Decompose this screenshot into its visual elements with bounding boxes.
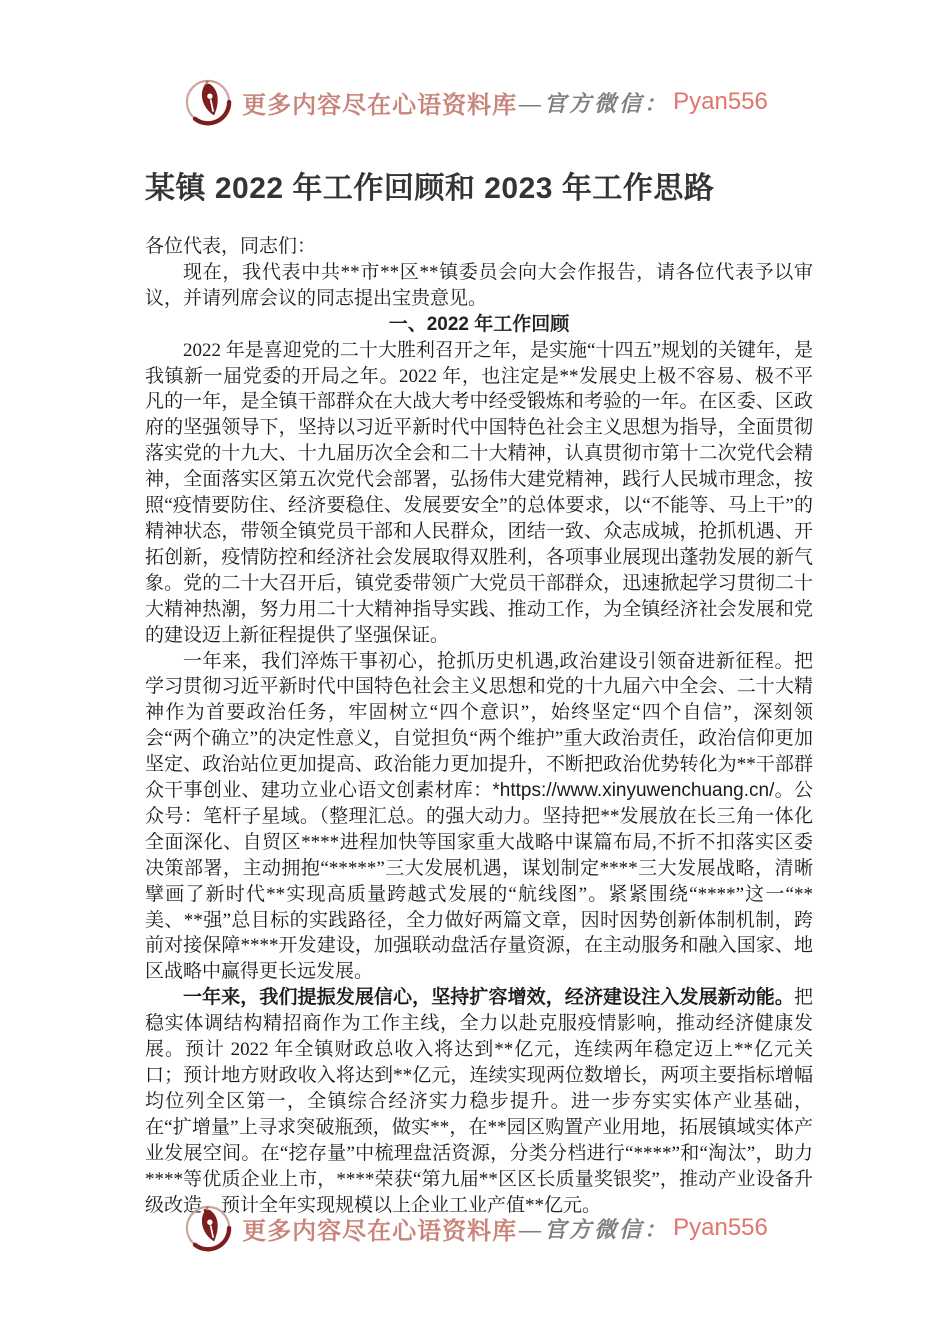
salutation-line: 各位代表，同志们： bbox=[145, 234, 813, 260]
footer-banner: 更多内容尽在心语资料库 —官方微信： Pyan556 bbox=[0, 1202, 950, 1254]
banner-wechat-label: —官方微信： bbox=[519, 87, 669, 118]
paragraph-year-review: 2022 年是喜迎党的二十大胜利召开之年，是实施“十四五”规划的关键年，是我镇新… bbox=[145, 338, 813, 649]
document-page: 更多内容尽在心语资料库 —官方微信： Pyan556 某镇 2022 年工作回顾… bbox=[0, 0, 950, 1344]
paragraph-political-text-2: 。公众号：笔杆子星域。（整理汇总。的强大动力。坚持把**发展放在长三角一体化全面… bbox=[145, 780, 813, 982]
banner-wechat-id: Pyan556 bbox=[673, 88, 768, 116]
banner-wechat-id: Pyan556 bbox=[673, 1214, 768, 1242]
section-heading: 一、2022 年工作回顾 bbox=[145, 312, 813, 338]
watermark-url-text: *https://www.xinyuwenchuang.cn/ bbox=[492, 780, 774, 801]
paragraph-economic-building: 一年来，我们提振发展信心，坚持扩容增效，经济建设注入发展新动能。把稳实体调结构精… bbox=[145, 985, 813, 1218]
pen-logo-icon bbox=[182, 1202, 234, 1254]
intro-paragraph: 现在，我代表中共**市**区**镇委员会向大会作报告，请各位代表予以审议，并请列… bbox=[145, 260, 813, 312]
paragraph-economic-text: 把稳实体调结构精招商作为工作主线，全力以赴克服疫情影响，推动经济健康发展。预计 … bbox=[145, 987, 813, 1215]
paragraph-economic-lead: 一年来，我们提振发展信心，坚持扩容增效，经济建设注入发展新动能。 bbox=[183, 987, 794, 1008]
banner-wechat-label: —官方微信： bbox=[519, 1213, 669, 1244]
banner-slogan: 更多内容尽在心语资料库 bbox=[242, 1211, 517, 1246]
document-body: 各位代表，同志们： 现在，我代表中共**市**区**镇委员会向大会作报告，请各位… bbox=[145, 234, 813, 1218]
pen-logo-icon bbox=[182, 76, 234, 128]
paragraph-political-building: 一年来，我们淬炼干事初心，抢抓历史机遇,政治建设引领奋进新征程。把学习贯彻习近平… bbox=[145, 649, 813, 986]
paragraph-political-text-1: 一年来，我们淬炼干事初心，抢抓历史机遇,政治建设引领奋进新征程。把学习贯彻习近平… bbox=[145, 651, 813, 802]
banner-slogan: 更多内容尽在心语资料库 bbox=[242, 85, 517, 120]
document-title: 某镇 2022 年工作回顾和 2023 年工作思路 bbox=[145, 166, 820, 212]
header-banner: 更多内容尽在心语资料库 —官方微信： Pyan556 bbox=[0, 76, 950, 128]
